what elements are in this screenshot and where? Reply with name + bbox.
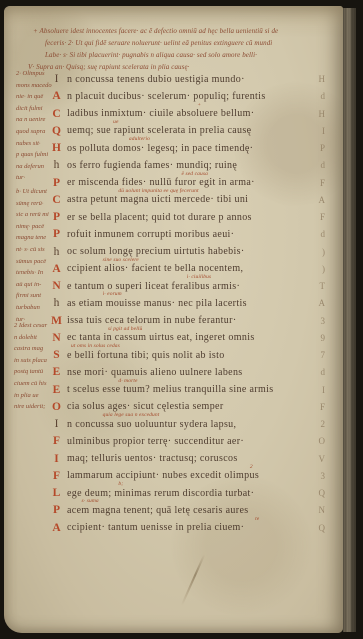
verse-text: er miscenda fides· nullū furor egit in a… [67, 177, 255, 188]
verse-line: hoc solum longę precium uirtutis habebis… [50, 245, 313, 262]
verse-line: Per se bella placent; quid tot durare p … [50, 210, 313, 227]
margin-showthrough-letter: d [321, 160, 326, 170]
verse-text: lammarum accipiunt· nubes excedit olimpu… [67, 470, 259, 481]
verse-text: ccipient· tantum uenisse in prelia ciuem… [67, 522, 244, 533]
margin-showthrough-letter: 3 [321, 471, 326, 481]
verse-line: Missa tuis ceca telorum in nube ferantur… [50, 314, 313, 331]
verse-text: t scelus esse tuum? melius tranquilla si… [67, 384, 273, 395]
verse-line: Pacem magna tenent; quā letę cesaris aur… [50, 503, 313, 520]
interlinear-gloss: b; [118, 481, 123, 487]
interlinear-gloss: + [197, 102, 201, 108]
verse-initial: N [50, 279, 63, 294]
interlinear-gloss: ut oms in solus cedas [71, 343, 120, 349]
verse-text: cia solus ages· sicut cęlestia semper [67, 401, 224, 412]
margin-showthrough-letter: N [319, 505, 326, 515]
verse-initial: A [50, 521, 63, 536]
interlinear-gloss: te [255, 516, 259, 522]
interlinear-gloss: ē sed causa [182, 171, 208, 177]
verse-line: Profuit inmunem corrupti moribus aeui·d [50, 227, 313, 244]
verse-text: issa tuis ceca telorum in nube ferantur· [67, 315, 237, 326]
parchment-scratch [181, 554, 206, 606]
interlinear-gloss: si pgit ad bellū [108, 326, 142, 332]
verse-text: maq; telluris uentos· tractusq; coruscos [67, 453, 238, 464]
verse-line: Hos polluta domos· legesq; in pace timen… [50, 141, 313, 158]
verse-line: has etiam mouisse manus· nec pila lacert… [50, 296, 313, 313]
interlinear-gloss: quia lege sua n excedunt [103, 412, 160, 418]
verse-initial: C [50, 193, 63, 208]
verse-text: acem magna tenent; quā letę cesaris aure… [67, 505, 249, 516]
margin-showthrough-letter: F [320, 178, 325, 188]
verse-initial: H [50, 141, 63, 156]
verse-line: Ne tantum o superi liceat feralibus armi… [50, 279, 313, 296]
verse-text: as etiam mouisse manus· nec pila lacerti… [67, 298, 247, 309]
verse-text: ccipient alios· facient te bella nocente… [67, 263, 243, 274]
verse-initial: N [50, 331, 63, 346]
margin-showthrough-letter: F [320, 402, 325, 412]
margin-showthrough-letter: P [320, 143, 325, 153]
verse-line: In concussa suo uoluuntur sydera lapsu,q… [50, 417, 313, 434]
verse-initial: E [50, 365, 63, 380]
verse-text: er se bella placent; quid tot durare p a… [67, 212, 252, 223]
top-gloss-line: feceris· 2· Ut qui fidē seruare noluerun… [45, 39, 272, 47]
verse-text: ulminibus propior terrę· succenditur aer… [67, 436, 244, 447]
margin-showthrough-letter: ) [322, 247, 325, 257]
manuscript-photo: + Absoluere idest innocentes facere· ac … [0, 0, 363, 639]
interlinear-gloss: d· morte [118, 378, 137, 384]
verse-initial: A [50, 262, 63, 277]
verse-line: Se belli fortuna tibi; quis nolit ab ist… [50, 348, 313, 365]
margin-showthrough-letter: d [321, 367, 326, 377]
verse-text: n concussa suo uoluuntur sydera lapsu, [67, 419, 236, 430]
margin-showthrough-letter: ) [322, 264, 325, 274]
verse-initial: I [50, 72, 63, 87]
verse-initial: h [50, 296, 63, 311]
margin-showthrough-letter: V [319, 454, 326, 464]
margin-showthrough-letter: A [319, 195, 326, 205]
verse-initial: S [50, 348, 63, 363]
verse-text: ladibus inmixtum· ciuile absoluere bellu… [67, 108, 254, 119]
verse-initial: Q [50, 124, 63, 139]
verse-initial: P [50, 227, 63, 242]
interlinear-gloss: sine suo scelere [103, 257, 139, 263]
verse-text: uemq; sue rapiunt scelerata in prelia ca… [67, 125, 251, 136]
verse-text: astra petunt magna uicti mercede· tibi u… [67, 194, 248, 205]
verse-text: n placuit ducibus· scelerum· populiq; fu… [67, 91, 266, 102]
margin-showthrough-letter: F [320, 212, 325, 222]
margin-showthrough-letter: 2 [321, 419, 326, 429]
verse-line: An placuit ducibus· scelerum· populiq; f… [50, 89, 313, 106]
verse-line: Et scelus esse tuum? melius tranquilla s… [50, 383, 313, 400]
margin-showthrough-letter: 7 [321, 350, 326, 360]
manuscript-page: + Absoluere idest innocentes facere· ac … [4, 6, 343, 633]
verse-text: oc solum longę precium uirtutis habebis· [67, 246, 245, 257]
verse-line: Fulminibus propior terrę· succenditur ae… [50, 434, 313, 451]
interlinear-gloss: 2 [250, 464, 253, 470]
verse-line: In concussa tenens dubio uestigia mundo·… [50, 72, 313, 89]
interlinear-gloss: i· eorum [103, 291, 122, 297]
verse-initial: F [50, 469, 63, 484]
verse-line: Cladibus inmixtum· ciuile absoluere bell… [50, 107, 313, 124]
margin-showthrough-letter: H [319, 74, 326, 84]
margin-showthrough-letter: 3 [321, 316, 326, 326]
verse-initial: C [50, 107, 63, 122]
margin-showthrough-letter: A [319, 298, 326, 308]
verse-text: rofuit inmunem corrupti moribus aeui· [67, 229, 234, 240]
verse-text: ec tanta in cassum uirtus eat, ingeret o… [67, 332, 255, 343]
verse-line: Ocia solus ages· sicut cęlestia semperF [50, 400, 313, 417]
margin-showthrough-letter: I [322, 126, 325, 136]
interlinear-gloss: s· suma [82, 498, 99, 504]
verse-initial: M [50, 314, 63, 329]
verse-line: Accipient· tantum uenisse in prelia ciue… [50, 521, 313, 538]
top-gloss-line: Labe· s· Si tibi placuerint· pugnabis n … [45, 51, 257, 59]
margin-showthrough-letter: I [322, 385, 325, 395]
verse-text: nse mori· quamuis alieno uulnere labens [67, 367, 243, 378]
verse-initial: I [50, 452, 63, 467]
verse-text: n concussa tenens dubio uestigia mundo· [67, 74, 245, 85]
verse-text: e belli fortuna tibi; quis nolit ab isto [67, 350, 225, 361]
verse-text: e tantum o superi liceat feralibus armis… [67, 281, 240, 292]
verse-initial: I [50, 417, 63, 432]
verse-initial: P [50, 210, 63, 225]
interlinear-gloss: ue [113, 119, 118, 125]
verse-initial: P [50, 503, 63, 518]
verse-line: Castra petunt magna uicti mercede· tibi … [50, 193, 313, 210]
verse-initial: A [50, 89, 63, 104]
margin-showthrough-letter: 9 [321, 333, 326, 343]
verse-text: os ferro fugienda fames· mundiq; ruinę [67, 160, 237, 171]
verse-initial: L [50, 486, 63, 501]
verse-initial: P [50, 176, 63, 191]
margin-showthrough-letter: H [319, 109, 326, 119]
verse-line: Quemq; sue rapiunt scelerata in prelia c… [50, 124, 313, 141]
margin-showthrough-letter: Q [319, 488, 326, 498]
verse-initial: E [50, 383, 63, 398]
margin-showthrough-letter: Q [319, 523, 326, 533]
verse-initial: F [50, 434, 63, 449]
margin-showthrough-letter: d [321, 91, 326, 101]
verse-line: Imaq; telluris uentos· tractusq; corusco… [50, 452, 313, 469]
margin-showthrough-letter: O [319, 436, 326, 446]
verse-text: os polluta domos· legesq; in pace timend… [67, 143, 253, 154]
verse-text: ege deum; minimas rerum discordia turbat… [67, 488, 254, 499]
interlinear-gloss: i· ciuilibus [187, 274, 211, 280]
verse-line: Ense mori· quamuis alieno uulnere labens… [50, 365, 313, 382]
verse-initial: h [50, 245, 63, 260]
interlinear-gloss: adulterio [129, 136, 150, 142]
verse-initial: O [50, 400, 63, 415]
verse-initial: h [50, 158, 63, 173]
margin-showthrough-letter: T [320, 281, 326, 291]
interlinear-gloss: dū uolunt impunita ee quę fecerunt [118, 188, 198, 194]
book-fore-edge [343, 8, 356, 632]
verse-line: Flammarum accipiunt· nubes excedit olimp… [50, 469, 313, 486]
margin-showthrough-letter: d [321, 229, 326, 239]
top-gloss-line: + Absoluere idest innocentes facere· ac … [33, 27, 278, 35]
verse-line: Accipient alios· facient te bella nocent… [50, 262, 313, 279]
